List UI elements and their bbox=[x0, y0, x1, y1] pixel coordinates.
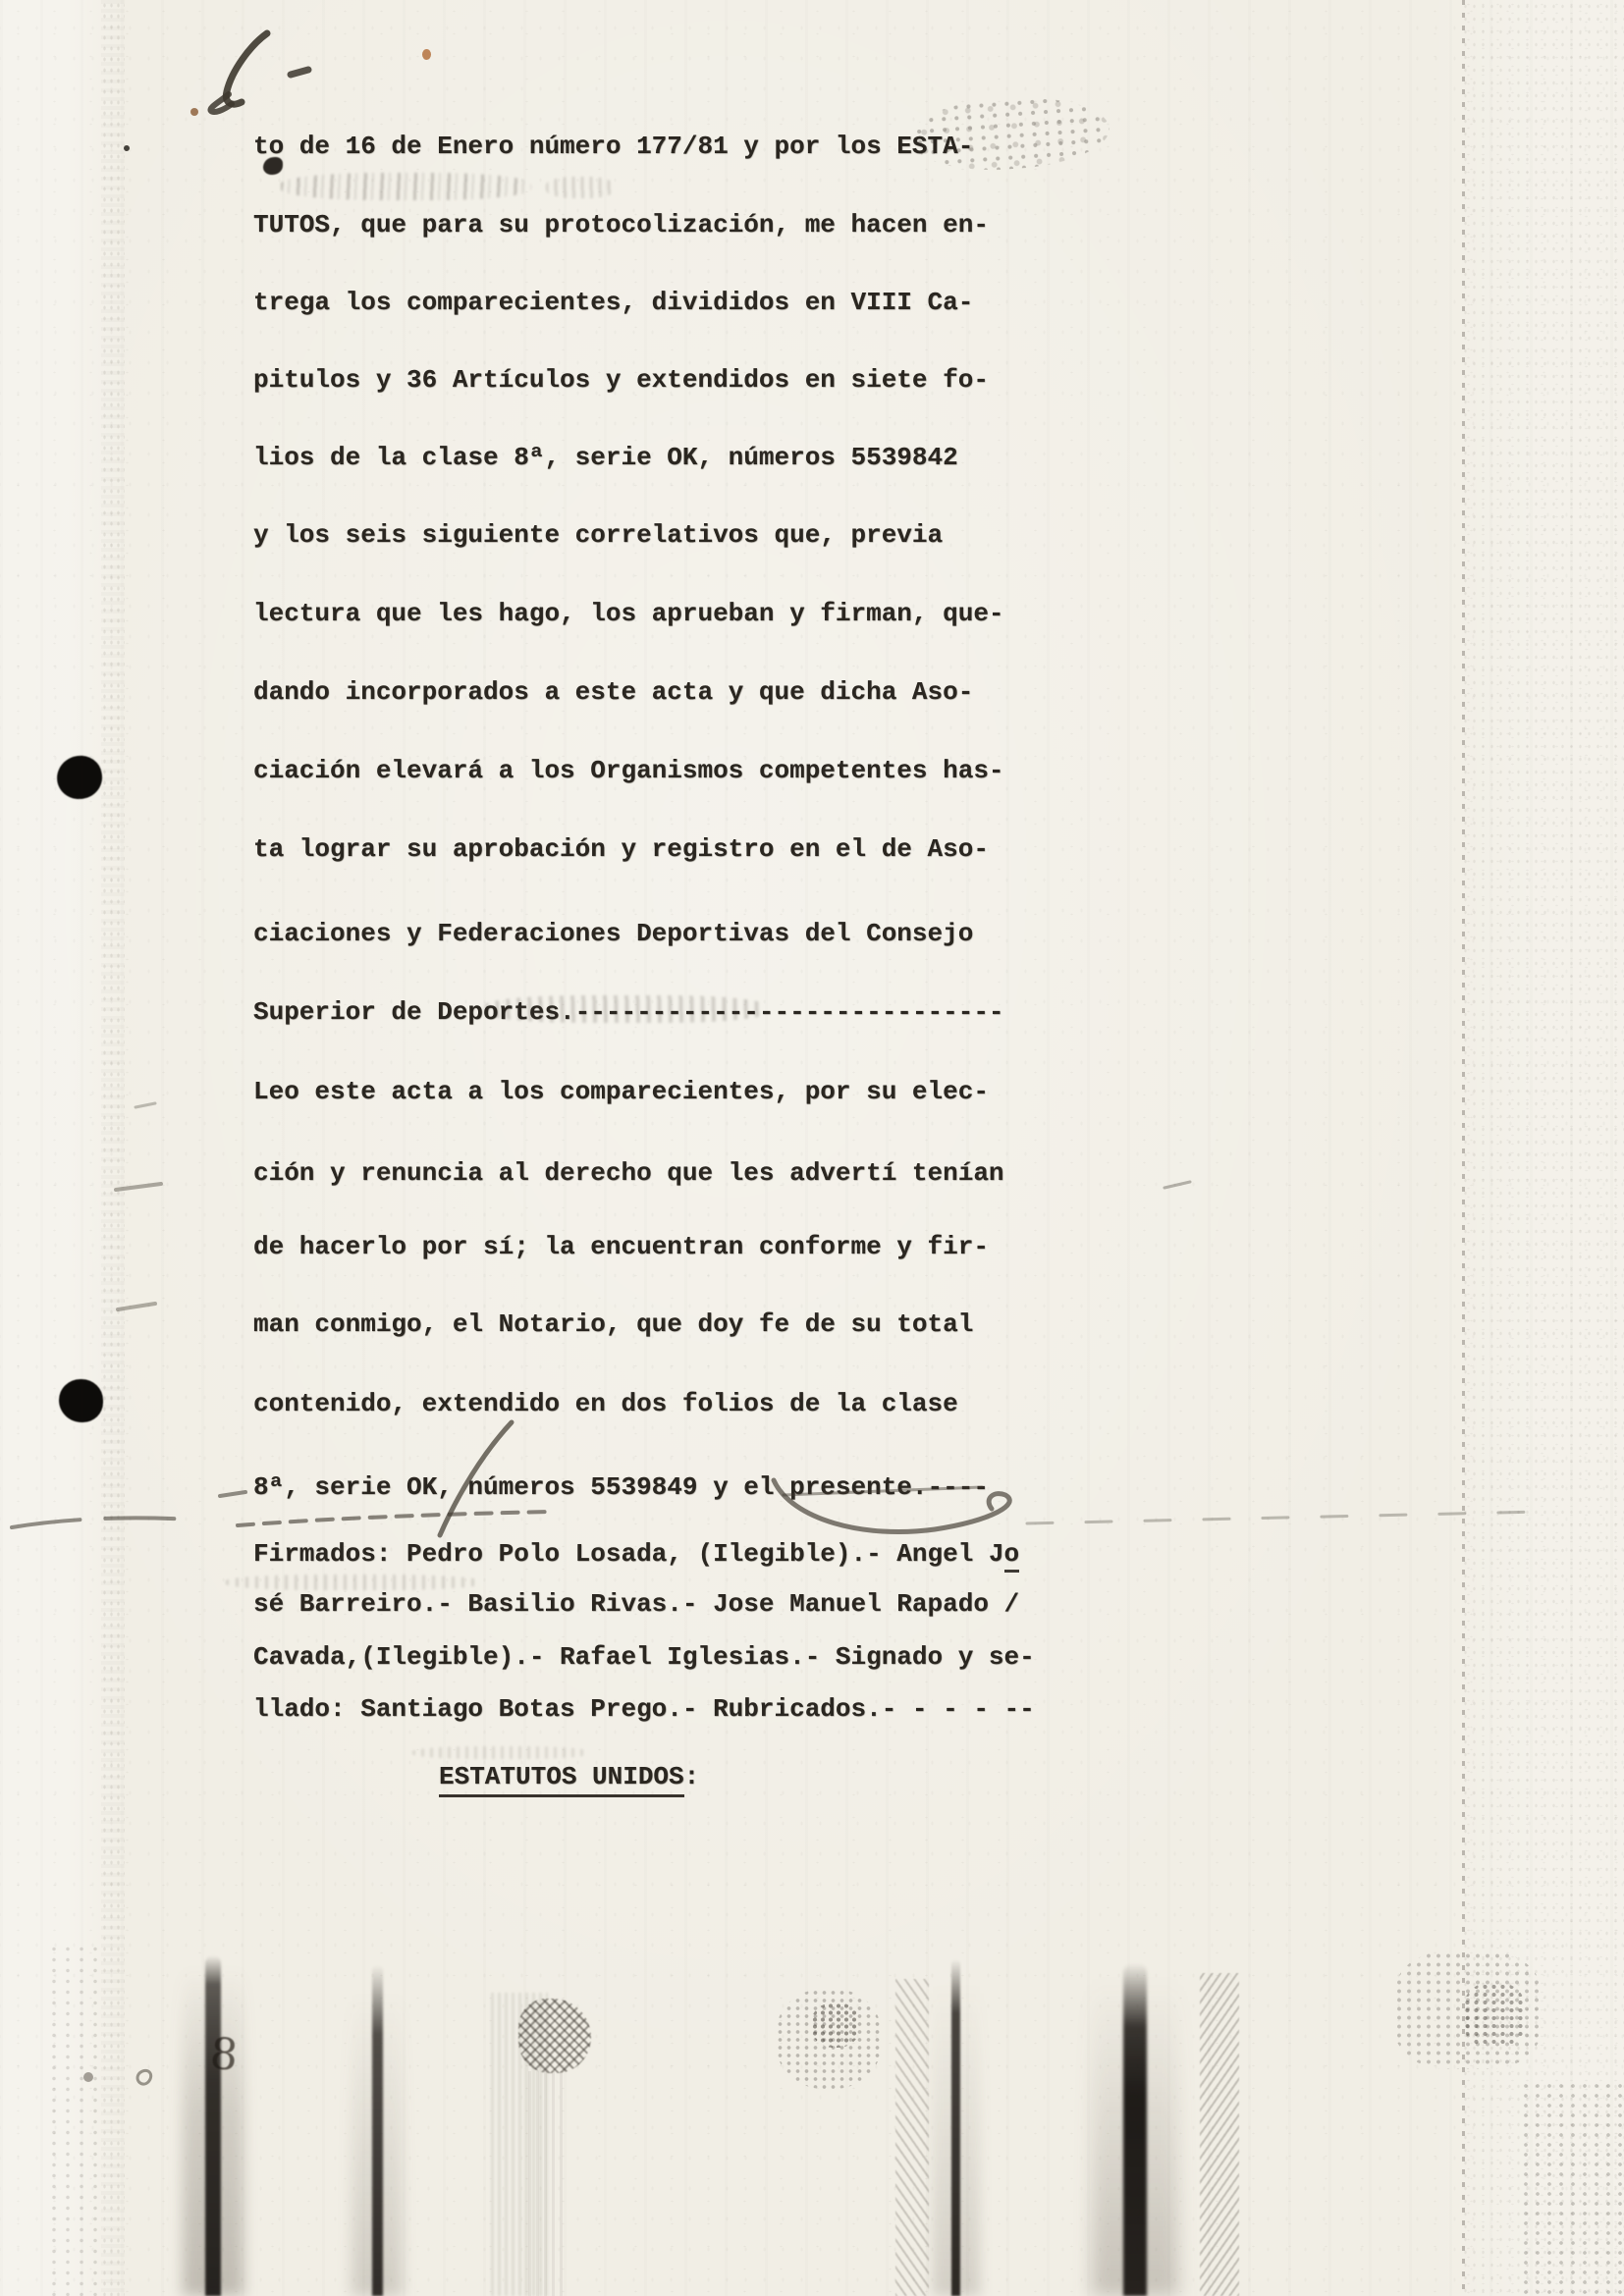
pencil-margin-tick bbox=[135, 1103, 155, 1107]
faded-smudge bbox=[412, 1746, 589, 1759]
faded-stamp-smudge bbox=[281, 173, 531, 200]
scan-artifact-crosshatch-patch bbox=[518, 1999, 591, 2073]
pencil-squiggle bbox=[137, 2070, 151, 2084]
signature-text: Firmados: Pedro Polo Losada, (Ilegible).… bbox=[253, 1539, 1004, 1569]
typewritten-line: y los seis siguiente correlativos que, p… bbox=[253, 520, 943, 550]
ink-speck bbox=[124, 145, 130, 151]
typewritten-signature-line: llado: Santiago Botas Prego.- Rubricados… bbox=[253, 1694, 1035, 1724]
pencil-curl-hook bbox=[210, 94, 232, 112]
scan-artifact-dark-bar bbox=[1123, 1963, 1147, 2296]
pencil-curl-mark bbox=[226, 33, 267, 104]
heading-colon: : bbox=[684, 1762, 700, 1791]
typewritten-line: trega los comparecientes, divididos en V… bbox=[253, 288, 973, 317]
scan-artifact-dark-bar bbox=[951, 1959, 960, 2296]
typewritten-line: dando incorporados a este acta y que dic… bbox=[253, 677, 973, 707]
underlined-letter: o bbox=[1004, 1539, 1020, 1573]
pencil-annotations-layer bbox=[0, 0, 1624, 2296]
pencil-pre-line-dash bbox=[220, 1492, 245, 1496]
typewritten-line: ciación elevará a los Organismos compete… bbox=[253, 756, 1004, 785]
typewritten-signature-line: Firmados: Pedro Polo Losada, (Ilegible).… bbox=[253, 1539, 1019, 1569]
faded-stamp-smudge bbox=[546, 177, 615, 198]
hole-punch-mark bbox=[54, 753, 105, 802]
typewritten-line: ciaciones y Federaciones Deportivas del … bbox=[253, 919, 973, 948]
typewritten-line: ción y renuncia al derecho que les adver… bbox=[253, 1158, 1004, 1188]
pencil-right-tick bbox=[1164, 1182, 1190, 1188]
typewritten-line: ta lograr su aprobación y registro en el… bbox=[253, 834, 989, 864]
scan-artifact-dark-bar bbox=[205, 1955, 221, 2296]
rust-fleck bbox=[190, 108, 198, 116]
typewritten-line: pitulos y 36 Artículos y extendidos en s… bbox=[253, 365, 989, 395]
signature-text: sé Barreiro.- Basilio Rivas.- Jose Manue… bbox=[253, 1589, 1019, 1619]
scan-artifact-streak bbox=[528, 2071, 568, 2296]
typewritten-line: 8ª, serie OK, números 5539849 y el prese… bbox=[253, 1472, 989, 1502]
scan-artifact-halftone-patch bbox=[1463, 1983, 1526, 2048]
typewritten-line: lectura que les hago, los aprueban y fir… bbox=[253, 599, 1004, 628]
pencil-dashed-underline bbox=[238, 1512, 550, 1525]
typewritten-line: man conmigo, el Notario, que doy fe de s… bbox=[253, 1309, 973, 1339]
typewritten-line-dashed-fill: Superior de Deportes.-------------------… bbox=[253, 997, 1004, 1027]
typewritten-line: Leo este acta a los comparecientes, por … bbox=[253, 1077, 989, 1106]
rust-fleck bbox=[422, 49, 431, 60]
faded-smudge bbox=[226, 1575, 481, 1590]
typewritten-line: TUTOS, que para su protocolización, me h… bbox=[253, 210, 989, 240]
section-heading: ESTATUTOS UNIDOS: bbox=[439, 1762, 699, 1791]
pencil-dash-mark bbox=[291, 70, 308, 75]
scan-artifact-halftone-patch bbox=[811, 2002, 860, 2048]
hole-punch-mark bbox=[59, 1379, 103, 1422]
scan-artifact-dark-bar bbox=[372, 1965, 383, 2296]
typewritten-line: de hacerlo por sí; la encuentran conform… bbox=[253, 1232, 989, 1261]
typewritten-line: contenido, extendido en dos folios de la… bbox=[253, 1389, 958, 1418]
typewritten-line: to de 16 de Enero número 177/81 y por lo… bbox=[253, 132, 973, 161]
signature-text: llado: Santiago Botas Prego.- Rubricados… bbox=[253, 1694, 1035, 1724]
typewritten-line: lios de la clase 8ª, serie OK, números 5… bbox=[253, 443, 958, 472]
document-scan-page: to de 16 de Enero número 177/81 y por lo… bbox=[0, 0, 1624, 2296]
signature-text: Cavada,(Ilegible).- Rafael Iglesias.- Si… bbox=[253, 1642, 1035, 1672]
typewritten-signature-line: Cavada,(Ilegible).- Rafael Iglesias.- Si… bbox=[253, 1642, 1035, 1672]
heading-underlined-text: ESTATUTOS UNIDOS bbox=[439, 1762, 684, 1797]
scan-artifact-speckle-patch bbox=[1520, 2081, 1624, 2296]
typewritten-signature-line: sé Barreiro.- Basilio Rivas.- Jose Manue… bbox=[253, 1589, 1019, 1619]
scan-artifact-crosshatch-band bbox=[895, 1979, 929, 2296]
scan-artifact-speckle-patch bbox=[47, 1944, 106, 2296]
scan-artifact-crosshatch-band bbox=[1200, 1973, 1239, 2296]
